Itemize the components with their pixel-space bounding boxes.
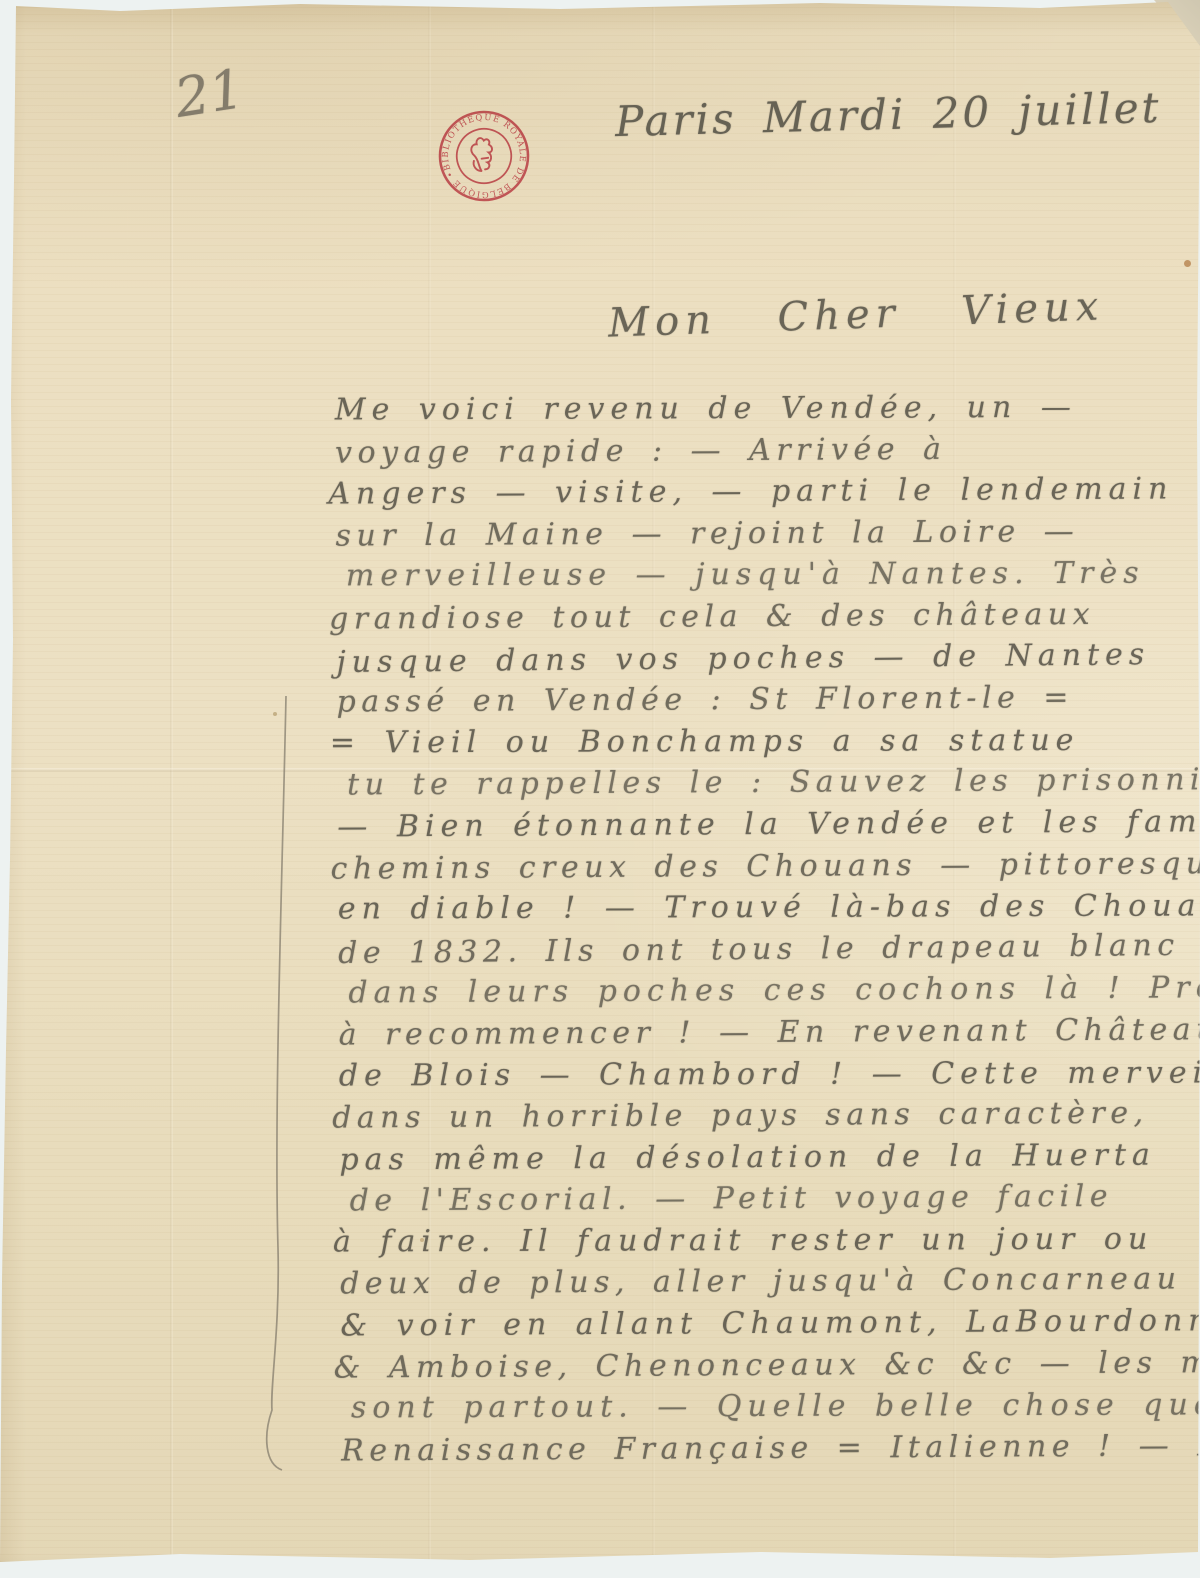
fold-crease-vertical xyxy=(170,0,173,1578)
handwritten-line: chemins creux des Chouans — pittoresque xyxy=(330,843,1177,890)
salutation: Mon Cher Vieux xyxy=(607,283,1105,346)
handwritten-line: de 1832. Ils ont tous le drapeau blanc xyxy=(338,925,1178,975)
library-stamp-svg: BIBLIOTHÈQUE ROYALE DE BELGIQUE • xyxy=(422,94,547,219)
handwritten-line: dans leurs poches ces cochons là ! Prêts xyxy=(348,968,1178,1015)
handwritten-line: sur la Maine — rejoint la Loire — xyxy=(335,510,1175,557)
library-stamp: BIBLIOTHÈQUE ROYALE DE BELGIQUE • xyxy=(422,94,547,219)
handwritten-line: & Amboise, Chenonceaux &c &c — les merve… xyxy=(334,1342,1181,1389)
handwritten-line: passé en Vendée : St Florent-le = xyxy=(336,677,1176,724)
handwritten-line: sont partout. — Quelle belle chose que c… xyxy=(351,1385,1181,1429)
handwritten-line: dans un horrible pays sans caractère, xyxy=(332,1093,1179,1140)
handwritten-line: à recommencer ! — En revenant Château xyxy=(339,1009,1179,1056)
handwritten-line: voyage rapide : — Arrivée à xyxy=(335,427,1175,474)
handwritten-line: à faire. Il faudrait rester un jour ou xyxy=(333,1218,1180,1263)
scan-background: 21 BIBLIOTHÈQUE ROYALE DE BELGIQUE • Par… xyxy=(0,0,1200,1578)
handwritten-line: grandiose tout cela & des châteaux xyxy=(329,593,1176,640)
rust-speck xyxy=(1184,260,1191,267)
handwritten-line: & voir en allant Chaumont, LaBourdonnays xyxy=(340,1300,1180,1347)
letter-page: 21 BIBLIOTHÈQUE ROYALE DE BELGIQUE • Par… xyxy=(0,0,1200,1578)
archival-number: 21 xyxy=(170,57,248,130)
handwritten-line: merveilleuse — jusqu'à Nantes. Très xyxy=(346,553,1176,597)
handwritten-line: de Blois — Chambord ! — Cette merveille xyxy=(339,1052,1179,1097)
scanned-letter: { "scan": { "background_color": "#edf2f1… xyxy=(0,0,1200,1578)
stamp-text: BIBLIOTHÈQUE ROYALE DE BELGIQUE • xyxy=(426,98,541,214)
handwritten-line: jusque dans vos poches — de Nantes xyxy=(336,634,1176,684)
handwritten-line: pas même la désolation de la Huerta xyxy=(339,1134,1179,1181)
handwritten-line: = Vieil ou Bonchamps a sa statue xyxy=(330,719,1177,764)
stamp-text-arc: BIBLIOTHÈQUE ROYALE DE BELGIQUE • xyxy=(426,98,541,214)
handwritten-line: Me voici revenu de Vendée, un — xyxy=(335,387,1175,432)
letter-body: Me voici revenu de Vendée, un — voyage r… xyxy=(335,385,1182,1472)
lion-icon xyxy=(465,135,498,173)
handwritten-line: tu te rappelles le : Sauvez les prisonni… xyxy=(347,760,1177,807)
handwritten-line: de l'Escorial. — Petit voyage facile xyxy=(350,1176,1180,1223)
dateline: Paris Mardi 20 juillet xyxy=(614,83,1162,146)
handwritten-line: Angers — visite, — parti le lendemain xyxy=(328,469,1175,516)
handwritten-line: Renaissance Française = Italienne ! — Il… xyxy=(341,1425,1181,1472)
margin-pencil-line xyxy=(258,688,318,1488)
handwritten-line: — Bien étonnante la Vendée et les fameux xyxy=(337,801,1177,848)
handwritten-line: en diable ! — Trouvé là-bas des Chouans xyxy=(338,886,1178,931)
handwritten-line: deux de plus, aller jusqu'à Concarneau xyxy=(340,1259,1180,1306)
